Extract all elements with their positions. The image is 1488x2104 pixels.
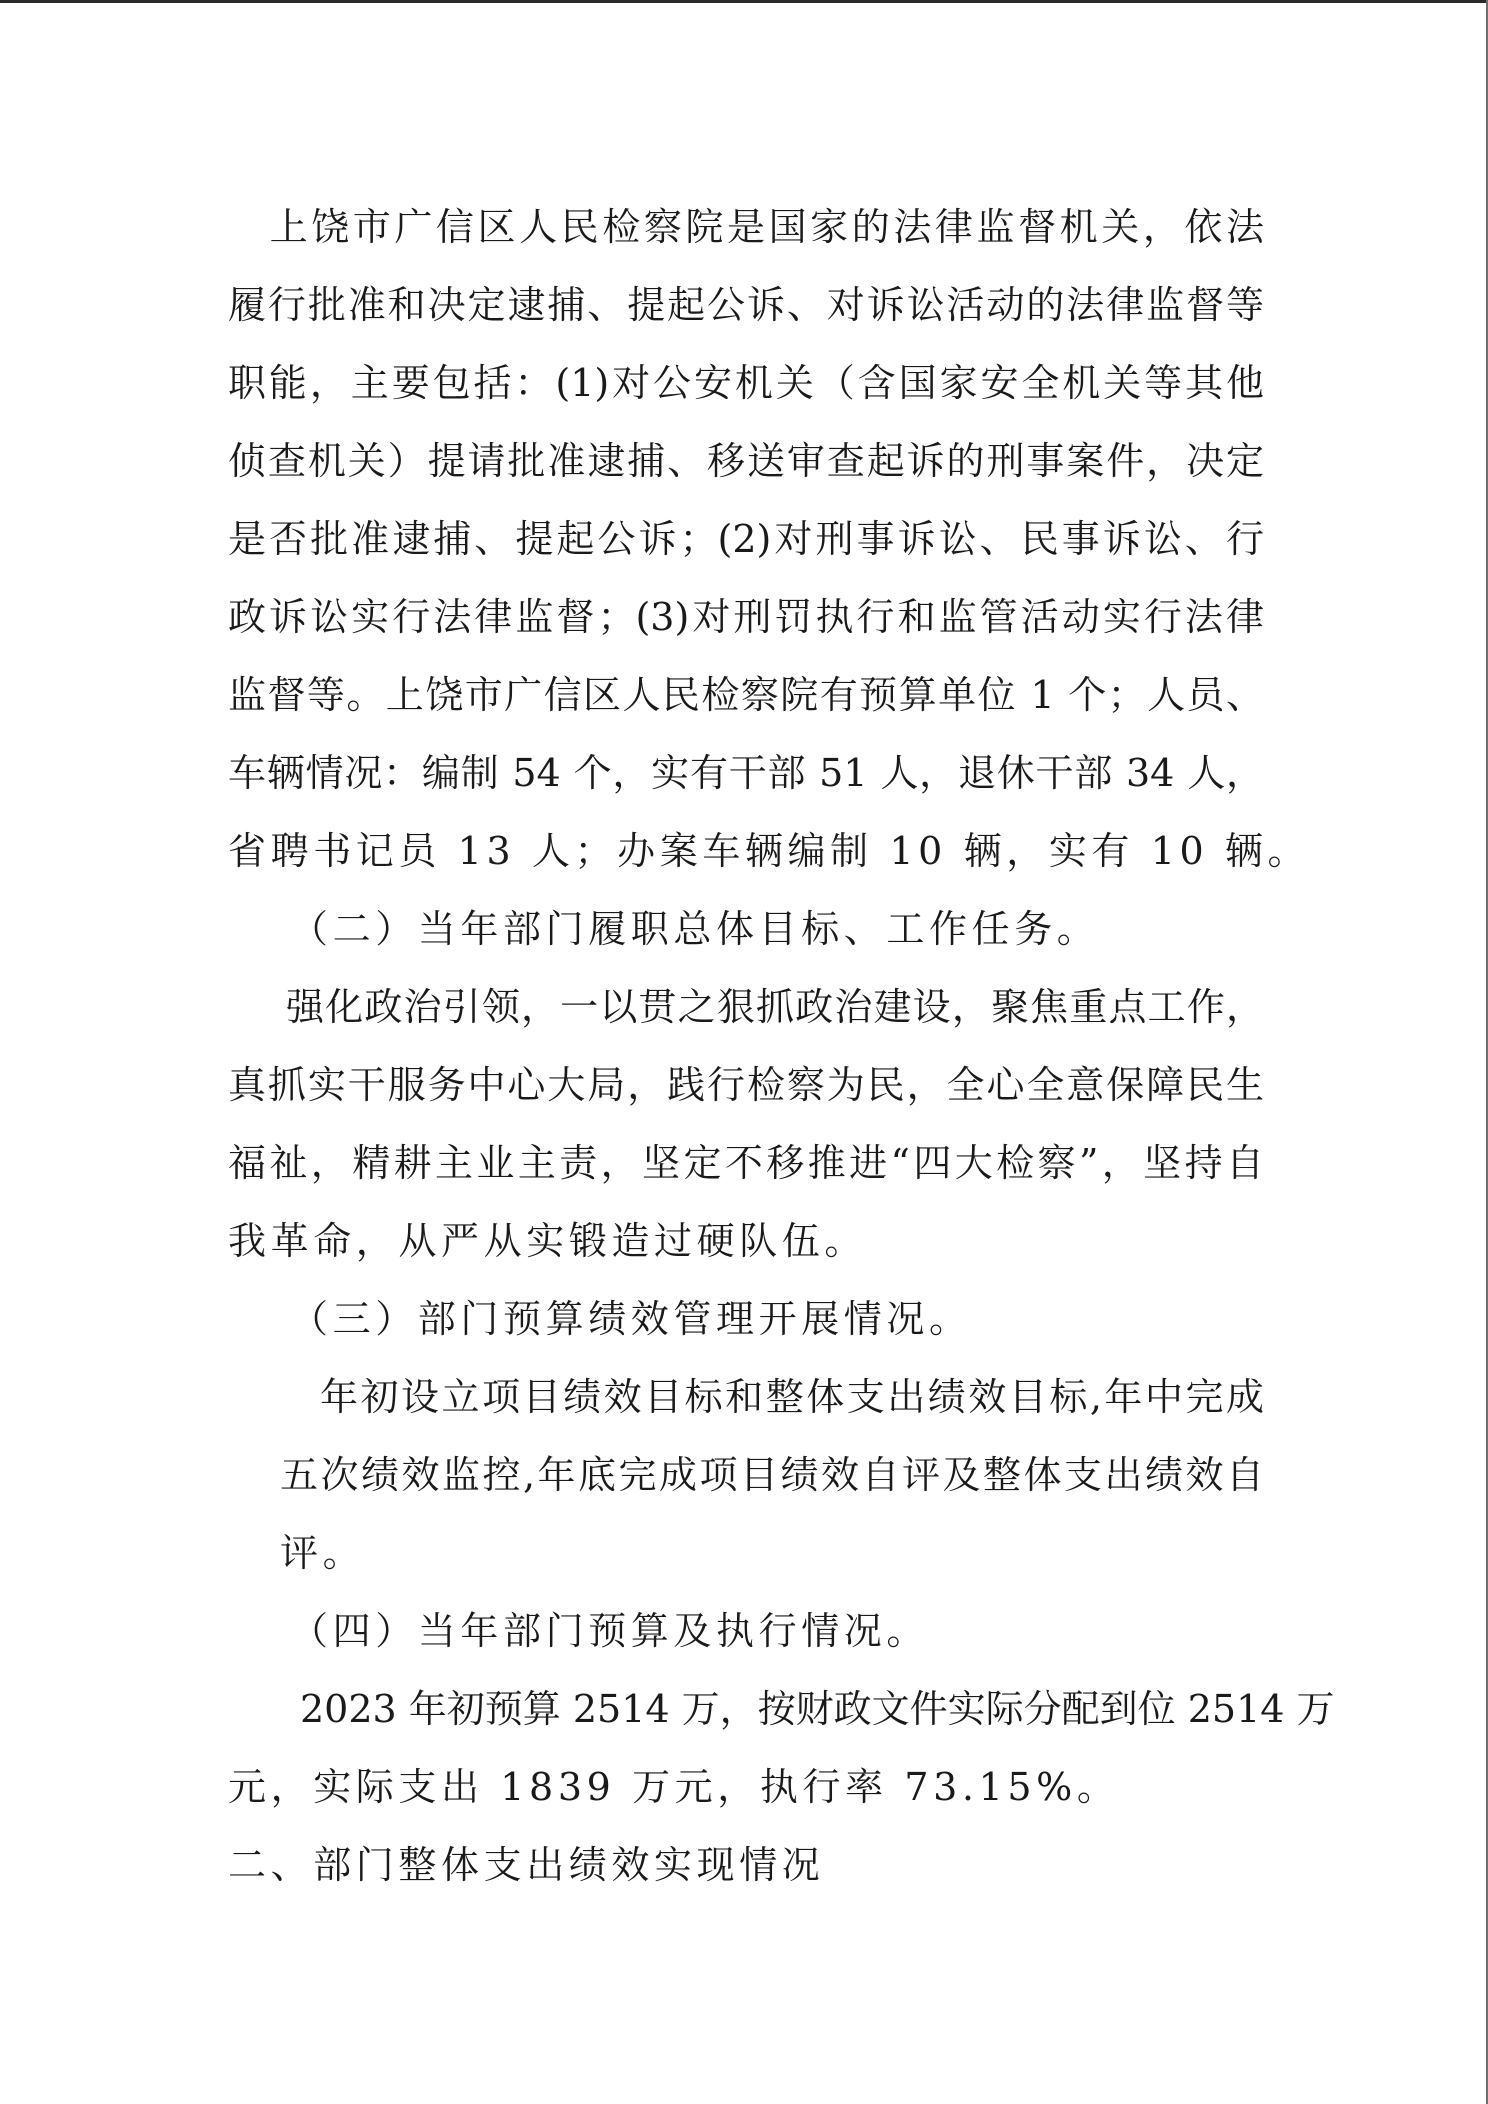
paragraph-line: 是否批准逮捕、提起公诉；(2)对刑事诉讼、民事诉讼、行 [228,500,1264,578]
paragraph-line: 强化政治引领，一以贯之狠抓政治建设，聚焦重点工作， [286,968,1264,1046]
section-heading-4: （四）当年部门预算及执行情况。 [290,1592,929,1670]
paragraph-line: 2023 年初预算 2514 万，按财政文件实际分配到位 2514 万 [300,1670,1264,1748]
paragraph-line: 侦查机关）提请批准逮捕、移送审查起诉的刑事案件，决定 [228,422,1264,500]
paragraph-line: 元，实际支出 1839 万元，执行率 73.15%。 [228,1748,1119,1826]
paragraph-line: 车辆情况：编制 54 个，实有干部 51 人，退休干部 34 人， [228,734,1264,812]
paragraph-line: 真抓实干服务中心大局，践行检察为民，全心全意保障民生 [228,1046,1264,1124]
paragraph-line: 我革命，从严从实锻造过硬队伍。 [228,1202,867,1280]
paragraph-line: 政诉讼实行法律监督；(3)对刑罚执行和监管活动实行法律 [228,578,1264,656]
paragraph-line: 五次绩效监控,年底完成项目绩效自评及整体支出绩效自 [280,1436,1264,1514]
paragraph-line: 评。 [280,1514,365,1592]
part-two-heading: 二、部门整体支出绩效实现情况 [228,1826,824,1904]
paragraph-line: 省聘书记员 13 人；办案车辆编制 10 辆，实有 10 辆。 [228,812,1310,890]
paragraph-line: 年初设立项目绩效目标和整体支出绩效目标,年中完成 [320,1358,1264,1436]
section-heading-2: （二）当年部门履职总体目标、工作任务。 [290,890,1099,968]
paragraph-line: 上饶市广信区人民检察院是国家的法律监督机关，依法 [228,188,1264,266]
page-top-edge [0,0,1488,3]
section-heading-3: （三）部门预算绩效管理开展情况。 [290,1280,972,1358]
paragraph-line: 履行批准和决定逮捕、提起公诉、对诉讼活动的法律监督等 [228,266,1264,344]
paragraph-line: 福祉，精耕主业主责，坚定不移推进“四大检察”，坚持自 [228,1124,1264,1202]
paragraph-line: 监督等。上饶市广信区人民检察院有预算单位 1 个；人员、 [228,656,1264,734]
paragraph-line: 职能，主要包括：(1)对公安机关（含国家安全机关等其他 [228,344,1264,422]
